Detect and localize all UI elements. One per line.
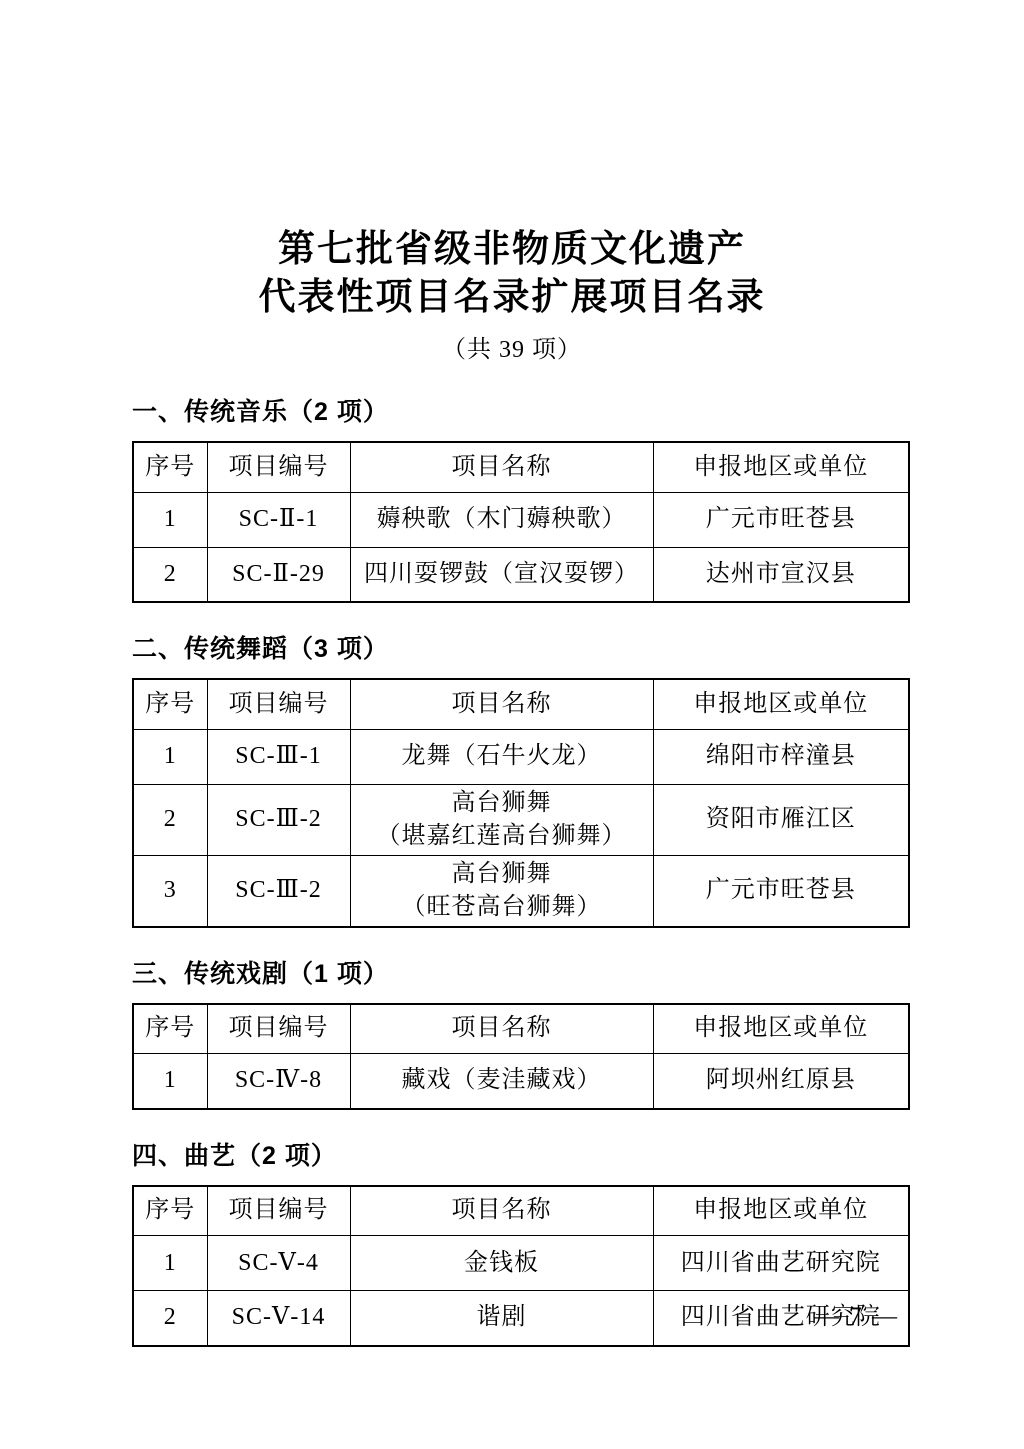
- column-header-code: 项目编号: [207, 442, 350, 492]
- table-row: 2 SC-Ⅴ-14 谐剧 四川省曲艺研究院: [133, 1291, 909, 1346]
- document-page: 第七批省级非物质文化遗产 代表性项目名录扩展项目名录 （共 39 项） 一、传统…: [0, 0, 1024, 1449]
- cell-code: SC-Ⅳ-8: [207, 1054, 350, 1109]
- title-line-1: 第七批省级非物质文化遗产: [0, 226, 1024, 274]
- column-header-code: 项目编号: [207, 1186, 350, 1236]
- cell-serial: 1: [133, 1236, 207, 1291]
- section-heading-traditional-opera: 三、传统戏剧（1 项）: [132, 961, 908, 988]
- cell-project-name: 金钱板: [350, 1236, 653, 1291]
- table-row: 3 SC-Ⅲ-2 高台狮舞 （旺苍高台狮舞） 广元市旺苍县: [133, 855, 909, 927]
- table-traditional-opera: 序号 项目编号 项目名称 申报地区或单位 1 SC-Ⅳ-8 藏戏（麦洼藏戏） 阿…: [132, 1003, 910, 1110]
- table-row: 1 SC-Ⅳ-8 藏戏（麦洼藏戏） 阿坝州红原县: [133, 1054, 909, 1109]
- column-header-serial: 序号: [133, 442, 207, 492]
- cell-unit: 广元市旺苍县: [653, 492, 909, 547]
- table-header-row: 序号 项目编号 项目名称 申报地区或单位: [133, 1186, 909, 1236]
- cell-code: SC-Ⅱ-1: [207, 492, 350, 547]
- column-header-name: 项目名称: [350, 1004, 653, 1054]
- cell-unit: 达州市宣汉县: [653, 547, 909, 602]
- column-header-unit: 申报地区或单位: [653, 1004, 909, 1054]
- section-heading-traditional-dance: 二、传统舞蹈（3 项）: [132, 636, 908, 663]
- table-row: 1 SC-Ⅴ-4 金钱板 四川省曲艺研究院: [133, 1236, 909, 1291]
- table-row: 2 SC-Ⅲ-2 高台狮舞 （堪嘉红莲高台狮舞） 资阳市雁江区: [133, 784, 909, 855]
- cell-serial: 1: [133, 492, 207, 547]
- cell-code: SC-Ⅱ-29: [207, 547, 350, 602]
- document-title: 第七批省级非物质文化遗产 代表性项目名录扩展项目名录: [0, 226, 1024, 322]
- cell-serial: 2: [133, 784, 207, 855]
- section-heading-traditional-music: 一、传统音乐（2 项）: [132, 399, 908, 426]
- table-traditional-dance: 序号 项目编号 项目名称 申报地区或单位 1 SC-Ⅲ-1 龙舞（石牛火龙） 绵…: [132, 678, 910, 928]
- cell-project-name: 龙舞（石牛火龙）: [350, 729, 653, 784]
- table-quyi: 序号 项目编号 项目名称 申报地区或单位 1 SC-Ⅴ-4 金钱板 四川省曲艺研…: [132, 1185, 910, 1347]
- column-header-code: 项目编号: [207, 679, 350, 729]
- title-line-2: 代表性项目名录扩展项目名录: [0, 274, 1024, 322]
- page-number: — 7 —: [814, 1303, 899, 1331]
- cell-serial: 3: [133, 855, 207, 927]
- cell-project-name: 高台狮舞 （堪嘉红莲高台狮舞）: [350, 784, 653, 855]
- cell-project-name: 高台狮舞 （旺苍高台狮舞）: [350, 855, 653, 927]
- cell-unit: 广元市旺苍县: [653, 855, 909, 927]
- column-header-serial: 序号: [133, 1004, 207, 1054]
- cell-project-name: 四川耍锣鼓（宣汉耍锣）: [350, 547, 653, 602]
- project-name-line: 高台狮舞: [355, 787, 649, 820]
- cell-serial: 2: [133, 1291, 207, 1346]
- cell-code: SC-Ⅲ-2: [207, 784, 350, 855]
- section-heading-quyi: 四、曲艺（2 项）: [132, 1143, 908, 1170]
- table-row: 2 SC-Ⅱ-29 四川耍锣鼓（宣汉耍锣） 达州市宣汉县: [133, 547, 909, 602]
- column-header-serial: 序号: [133, 1186, 207, 1236]
- table-header-row: 序号 项目编号 项目名称 申报地区或单位: [133, 679, 909, 729]
- column-header-serial: 序号: [133, 679, 207, 729]
- cell-project-name: 藏戏（麦洼藏戏）: [350, 1054, 653, 1109]
- project-name-line: （堪嘉红莲高台狮舞）: [355, 820, 649, 853]
- cell-unit: 阿坝州红原县: [653, 1054, 909, 1109]
- column-header-name: 项目名称: [350, 679, 653, 729]
- column-header-unit: 申报地区或单位: [653, 1186, 909, 1236]
- project-name-line: （旺苍高台狮舞）: [355, 891, 649, 924]
- column-header-unit: 申报地区或单位: [653, 679, 909, 729]
- cell-code: SC-Ⅴ-4: [207, 1236, 350, 1291]
- project-name-line: 高台狮舞: [355, 858, 649, 891]
- cell-code: SC-Ⅲ-1: [207, 729, 350, 784]
- table-header-row: 序号 项目编号 项目名称 申报地区或单位: [133, 442, 909, 492]
- cell-serial: 2: [133, 547, 207, 602]
- cell-unit: 绵阳市梓潼县: [653, 729, 909, 784]
- document-content: 一、传统音乐（2 项） 序号 项目编号 项目名称 申报地区或单位 1 SC-Ⅱ-…: [132, 399, 908, 1347]
- column-header-unit: 申报地区或单位: [653, 442, 909, 492]
- column-header-code: 项目编号: [207, 1004, 350, 1054]
- table-header-row: 序号 项目编号 项目名称 申报地区或单位: [133, 1004, 909, 1054]
- cell-serial: 1: [133, 1054, 207, 1109]
- document-subtitle: （共 39 项）: [0, 334, 1024, 366]
- cell-code: SC-Ⅲ-2: [207, 855, 350, 927]
- column-header-name: 项目名称: [350, 442, 653, 492]
- cell-unit: 资阳市雁江区: [653, 784, 909, 855]
- cell-project-name: 谐剧: [350, 1291, 653, 1346]
- cell-unit: 四川省曲艺研究院: [653, 1236, 909, 1291]
- cell-code: SC-Ⅴ-14: [207, 1291, 350, 1346]
- table-row: 1 SC-Ⅱ-1 薅秧歌（木门薅秧歌） 广元市旺苍县: [133, 492, 909, 547]
- column-header-name: 项目名称: [350, 1186, 653, 1236]
- cell-serial: 1: [133, 729, 207, 784]
- table-traditional-music: 序号 项目编号 项目名称 申报地区或单位 1 SC-Ⅱ-1 薅秧歌（木门薅秧歌）…: [132, 441, 910, 603]
- table-row: 1 SC-Ⅲ-1 龙舞（石牛火龙） 绵阳市梓潼县: [133, 729, 909, 784]
- cell-project-name: 薅秧歌（木门薅秧歌）: [350, 492, 653, 547]
